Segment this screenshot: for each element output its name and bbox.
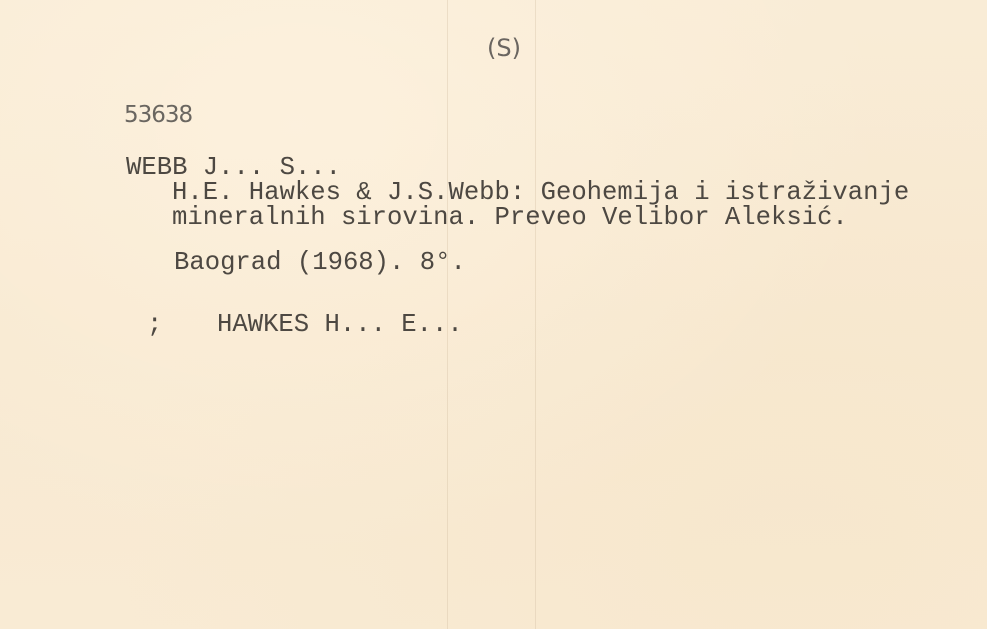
paper-fold-line — [535, 0, 536, 629]
title-line-2: mineralnih sirovina. Preveo Velibor Alek… — [172, 205, 848, 231]
catalog-card: (S) 53638 WEBB J... S... H.E. Hawkes & J… — [0, 0, 987, 629]
author-heading: WEBB J... S... — [126, 155, 341, 181]
classification-mark: (S) — [487, 36, 521, 60]
imprint: Baograd (1968). 8°. — [174, 250, 466, 276]
call-number: 53638 — [124, 104, 192, 127]
title-line-1: H.E. Hawkes & J.S.Webb: Geohemija i istr… — [172, 180, 909, 206]
added-entry-separator: ; — [147, 312, 217, 338]
added-entry: ;HAWKES H... E... — [147, 312, 463, 338]
added-entry-name: HAWKES H... E... — [217, 310, 463, 339]
